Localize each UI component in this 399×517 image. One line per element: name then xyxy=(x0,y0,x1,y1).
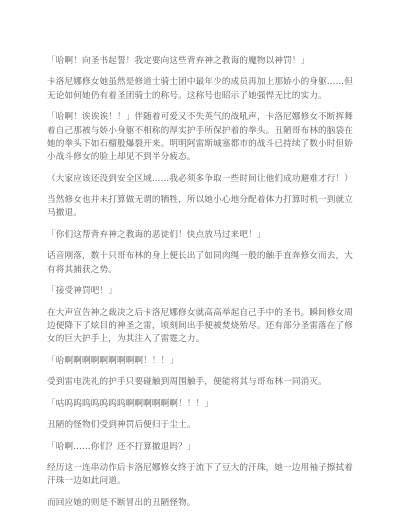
narration-paragraph: 当然修女也并未打算做无谓的牺牲，所以她小心地分配着体力打算时机一到就立马撤退。 xyxy=(47,194,355,221)
narration-paragraph: 卡洛尼娜修女她虽然是修道士骑士团中最年少的成员再加上那娇小的身躯……但无论如何她… xyxy=(47,76,355,103)
document-body: 「哈啊！向圣书起誓！我定要向这些背弃神之教诲的魔物以神罚！」 卡洛尼娜修女她虽然… xyxy=(47,55,355,517)
dialogue-paragraph: 「你们这帮背弃神之教诲的恶徒们！快点放马过来吧！」 xyxy=(47,229,355,242)
inner-thought-paragraph: （大家应该还没到安全区域……我必须多争取一些时间让他们成功避难才行！） xyxy=(47,173,355,186)
narration-paragraph: 话音刚落，数十只哥布林的身上便长出了如同肉绳一般的触手直奔修女而去，大有将其捕获… xyxy=(47,250,355,277)
dialogue-paragraph: 「哈啊……你们？还不打算撤退吗？」 xyxy=(47,441,355,454)
dialogue-paragraph: 「哈啊！诶诶诶！！」伴随着可爱又不失英气的战吼声，卡洛尼娜修女不断挥舞着自己那被… xyxy=(47,111,355,164)
dialogue-paragraph: 「哈啊啊啊啊啊啊啊啊啊！！！」 xyxy=(47,355,355,368)
narration-paragraph: 受到雷电洗礼的护手只要碰触到周围触手，便能将其与哥布林一同消灭。 xyxy=(47,376,355,389)
narration-paragraph: 而回应她的则是不断冒出的丑陋怪物。 xyxy=(47,497,355,510)
narration-paragraph: 在大声宣告神之裁决之后卡洛尼娜修女就高高举起自己手中的圣书。瞬间修女周边便降下了… xyxy=(47,307,355,347)
dialogue-paragraph: 「咕呜呜呜呜呜呜呜啊啊啊啊啊啊！！！」 xyxy=(47,398,355,411)
dialogue-paragraph: 「哈啊！向圣书起誓！我定要向这些背弃神之教诲的魔物以神罚！」 xyxy=(47,55,355,68)
dialogue-paragraph: 「接受神罚吧！」 xyxy=(47,285,355,298)
narration-paragraph: 经历这一连串动作后卡洛尼娜修女终于流下了豆大的汗珠，她一边用袖子擦拭着汗珠一边如… xyxy=(47,462,355,489)
narration-paragraph: 丑陋的怪物们受到神罚后便归于尘土。 xyxy=(47,419,355,432)
